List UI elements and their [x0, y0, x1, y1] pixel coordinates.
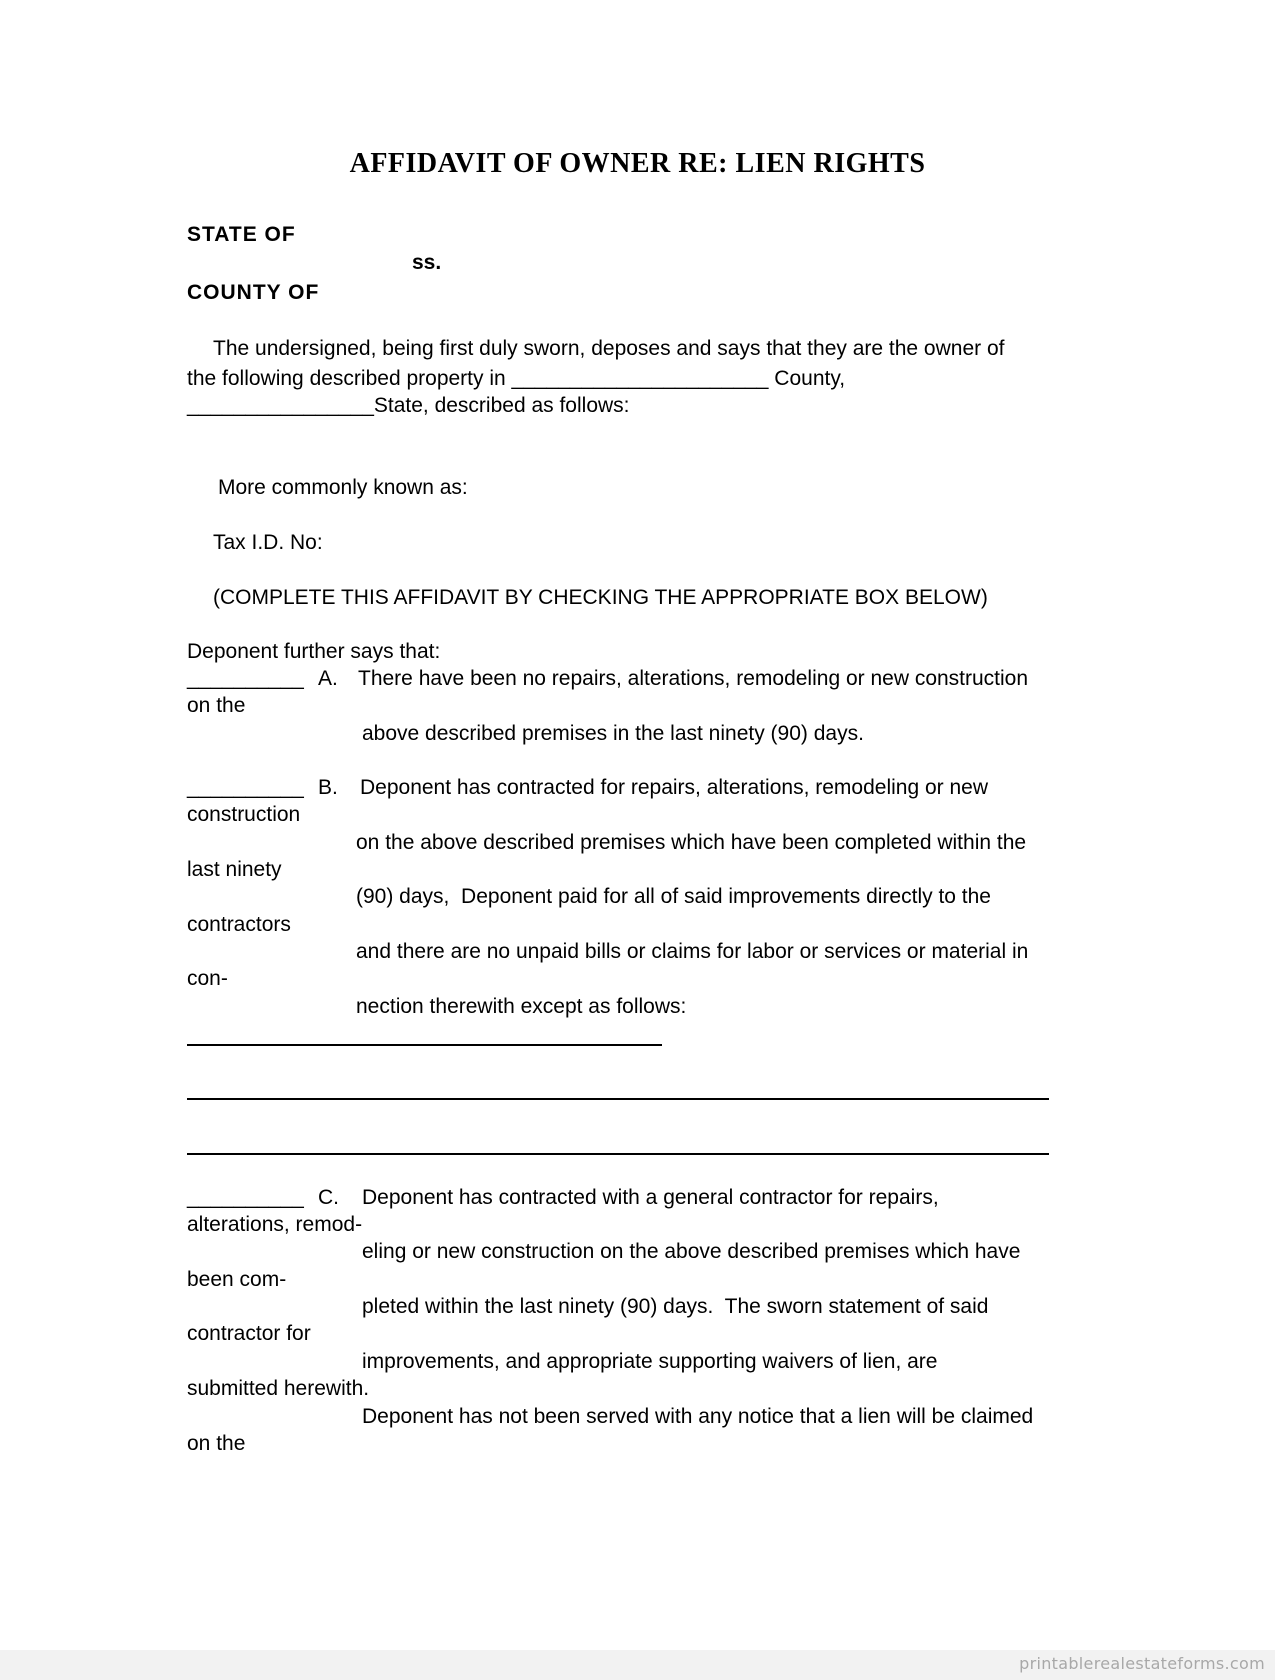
option-b-text: con-: [187, 967, 228, 991]
option-a-text: on the: [187, 694, 245, 718]
option-c-text: alterations, remod-: [187, 1213, 362, 1237]
option-c-text: contractor for: [187, 1322, 311, 1346]
option-c-text: on the: [187, 1432, 245, 1456]
intro-line-3: ________________State, described as foll…: [187, 394, 630, 418]
option-b-text: and there are no unpaid bills or claims …: [356, 940, 1028, 964]
instruction-text: (COMPLETE THIS AFFIDAVIT BY CHECKING THE…: [213, 586, 988, 610]
site-watermark[interactable]: printablerealestateforms.com: [1019, 1654, 1265, 1673]
option-c-text: pleted within the last ninety (90) days.…: [362, 1295, 988, 1319]
tax-id-label: Tax I.D. No:: [213, 531, 323, 555]
exception-fill-line-3[interactable]: [187, 1153, 1049, 1155]
option-b-text: (90) days, Deponent paid for all of said…: [356, 885, 991, 909]
option-b-checkbox-blank[interactable]: __________: [187, 776, 304, 800]
option-c-text: been com-: [187, 1268, 286, 1292]
state-of-label: STATE OF: [187, 223, 296, 247]
option-a-letter: A.: [318, 667, 338, 691]
option-a-checkbox-blank[interactable]: __________: [187, 667, 304, 691]
option-b-text: contractors: [187, 913, 291, 937]
option-c-text: Deponent has contracted with a general c…: [362, 1186, 939, 1210]
option-b-text: Deponent has contracted for repairs, alt…: [360, 776, 988, 800]
option-c-text: submitted herewith.: [187, 1377, 369, 1401]
option-b-text: nection therewith except as follows:: [356, 995, 686, 1019]
footer-bar: printablerealestateforms.com: [0, 1650, 1275, 1680]
option-c-checkbox-blank[interactable]: __________: [187, 1186, 304, 1210]
exception-fill-line-2[interactable]: [187, 1098, 1049, 1100]
option-c-letter: C.: [318, 1186, 339, 1210]
exception-fill-line-1[interactable]: [187, 1044, 662, 1046]
option-b-letter: B.: [318, 776, 338, 800]
option-c-text: Deponent has not been served with any no…: [362, 1405, 1033, 1429]
ss-label: ss.: [412, 251, 441, 275]
option-b-text: construction: [187, 803, 300, 827]
option-b-text: on the above described premises which ha…: [356, 831, 1026, 855]
further-says-label: Deponent further says that:: [187, 640, 440, 664]
option-c-text: improvements, and appropriate supporting…: [362, 1350, 937, 1374]
document-title: AFFIDAVIT OF OWNER RE: LIEN RIGHTS: [0, 148, 1275, 180]
intro-line-2: the following described property in ____…: [187, 367, 845, 391]
option-b-text: last ninety: [187, 858, 282, 882]
option-a-text: There have been no repairs, alterations,…: [358, 667, 1028, 691]
intro-line-1: The undersigned, being first duly sworn,…: [213, 337, 1004, 361]
option-a-text: above described premises in the last nin…: [362, 722, 864, 746]
option-c-text: eling or new construction on the above d…: [362, 1240, 1020, 1264]
county-of-label: COUNTY OF: [187, 281, 319, 305]
known-as-label: More commonly known as:: [218, 476, 468, 500]
